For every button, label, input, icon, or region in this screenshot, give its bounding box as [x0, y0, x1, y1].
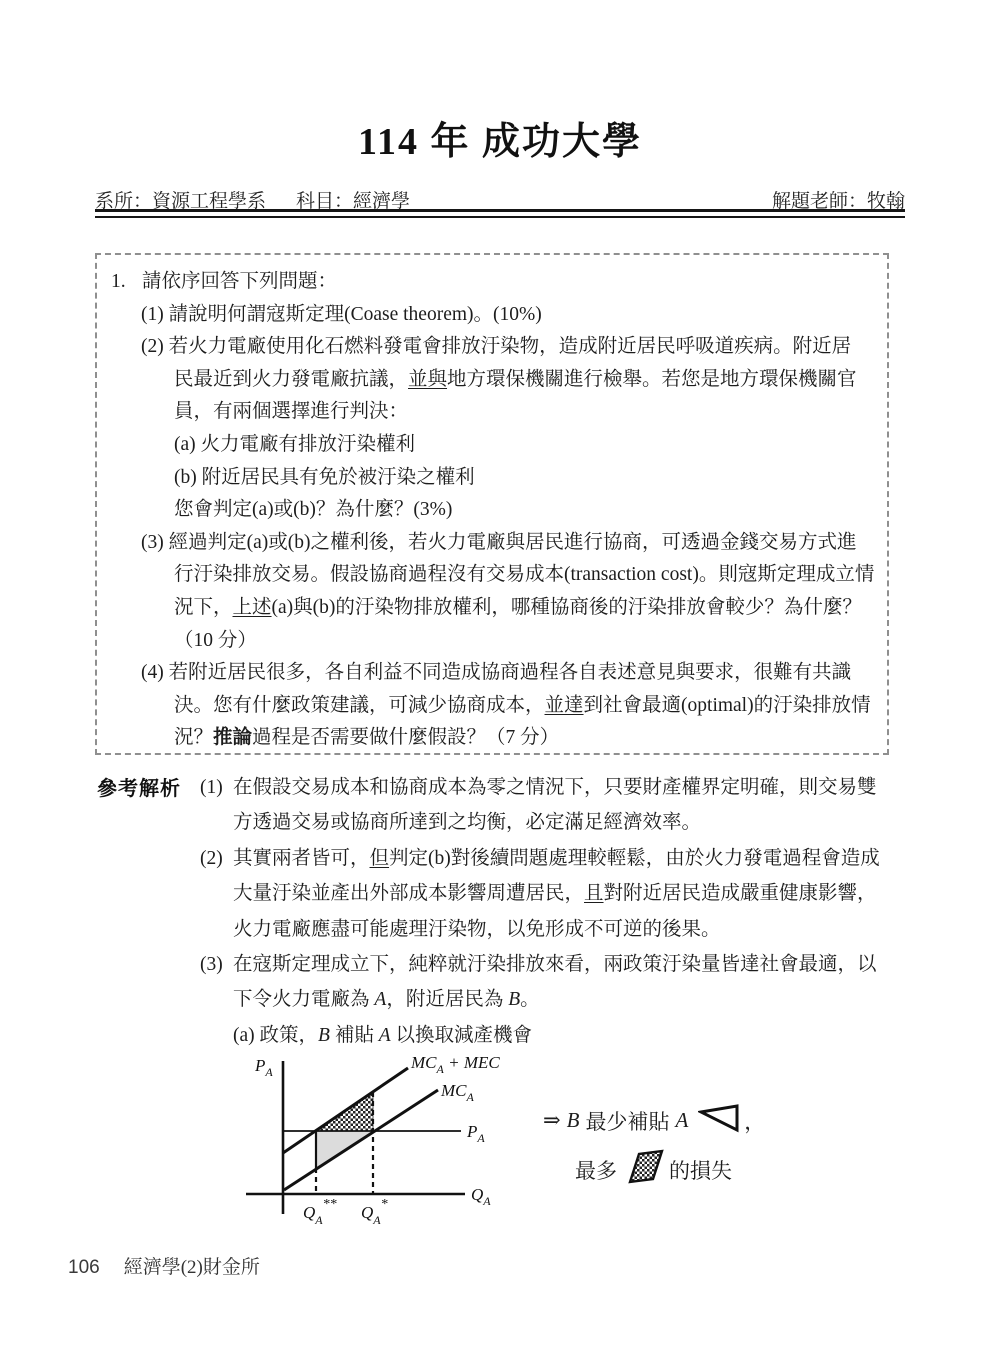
y-axis-label: PA: [254, 1056, 273, 1079]
question-line: （10 分）: [97, 625, 887, 658]
question-line: 民最近到火力發電廠抗議，並與地方環保機關進行檢舉。若您是地方環保機關官: [97, 364, 887, 397]
page-title: 114 年 成功大學: [0, 110, 1000, 165]
analysis-section: 參考解析 (1)在假設交易成本和協商成本為零之情況下，只要財產權界定明確，則交易…: [97, 770, 977, 1053]
question-line: (4) 若附近居民很多，各自利益不同造成協商過程各自表述意見與要求，很難有共識: [97, 657, 887, 690]
document-page: 114 年 成功大學 系所：資源工程學系科目：經濟學 解題老師：牧翰 1.請依序…: [0, 0, 1000, 1353]
question-line: (3) 經過判定(a)或(b)之權利後，若火力電廠與居民進行協商，可透過金錢交易…: [97, 527, 887, 560]
mc-label: MCA: [440, 1081, 475, 1104]
analysis-line: (3)在寇斯定理成立下，純粹就汙染排放來看，兩政策汙染量皆達社會最適，以: [200, 947, 977, 982]
analysis-line: 火力電廠應盡可能處理汙染物，以免形成不可逆的後果。: [200, 912, 977, 947]
triangle-icon: [698, 1103, 740, 1139]
conclusion-annotation: ⇒ B 最少補貼 A ， 最多: [543, 1096, 771, 1194]
question-line: 況下，上述(a)與(b)的汙染物排放權利，哪種協商後的汙染排放會較少？為什麼？: [97, 592, 887, 625]
question-number: 1.: [111, 266, 142, 299]
annotation-line-1: ⇒ B 最少補貼 A ，: [543, 1096, 771, 1145]
question-line: (2) 若火力電廠使用化石燃料發電會排放汙染物，造成附近居民呼吸道疾病。附近居: [97, 331, 887, 364]
question-line: 員，有兩個選擇進行判決：: [97, 396, 887, 429]
question-line: 行汙染排放交易。假設協商過程沒有交易成本(transaction cost)。則…: [97, 559, 887, 592]
diagram-svg: PA MCA + MEC MCA PA QA QA** QA*: [233, 1046, 533, 1251]
analysis-label: 參考解析: [97, 772, 181, 801]
q-double-star-tick-label: QA**: [303, 1197, 337, 1227]
hatched-parallelogram-icon: [627, 1149, 665, 1191]
analysis-items: (1)在假設交易成本和協商成本為零之情況下，只要財產權界定明確，則交易雙 方透過…: [200, 770, 977, 1053]
analysis-line: (1)在假設交易成本和協商成本為零之情況下，只要財產權界定明確，則交易雙: [200, 770, 977, 805]
implies-arrow: ⇒: [543, 1108, 561, 1133]
question-line: 您會判定(a)或(b)？為什麼？(3%): [97, 494, 887, 527]
page-number: 106: [68, 1257, 100, 1278]
annotation-line-2: 最多 的損失: [543, 1145, 771, 1194]
book-title: 經濟學(2)財金所: [124, 1257, 260, 1278]
header-divider: [95, 209, 905, 218]
price-line-label: PA: [466, 1122, 485, 1145]
question-box: 1.請依序回答下列問題： (1) 請說明何謂寇斯定理(Coase theorem…: [95, 253, 889, 755]
x-axis-label: QA: [471, 1185, 491, 1208]
question-line: 1.請依序回答下列問題：: [97, 266, 887, 299]
q-star-tick-label: QA*: [361, 1197, 388, 1227]
marginal-cost-diagram: PA MCA + MEC MCA PA QA QA** QA*: [233, 1046, 533, 1251]
question-line: (a) 火力電廠有排放汙染權利: [97, 429, 887, 462]
mc-plus-mec-label: MCA + MEC: [410, 1053, 500, 1076]
page-footer: 106經濟學(2)財金所: [68, 1252, 260, 1279]
question-line: 況？推論過程是否需要做什麼假設？（7 分）: [97, 722, 887, 755]
analysis-line: 方透過交易或協商所達到之均衡，必定滿足經濟效率。: [200, 805, 977, 840]
question-line: 決。您有什麼政策建議，可減少協商成本，並達到社會最適(optimal)的汙染排放…: [97, 690, 887, 723]
analysis-line: 下令火力電廠為 A，附近居民為 B。: [200, 982, 977, 1017]
question-line: (b) 附近居民具有免於被汙染之權利: [97, 462, 887, 495]
analysis-line: (2)其實兩者皆可，但判定(b)對後續問題處理較輕鬆，由於火力發電過程會造成: [200, 841, 977, 876]
analysis-line: 大量汙染並產出外部成本影響周遭居民，且對附近居民造成嚴重健康影響，: [200, 876, 977, 911]
question-line: (1) 請說明何謂寇斯定理(Coase theorem)。(10%): [97, 299, 887, 332]
